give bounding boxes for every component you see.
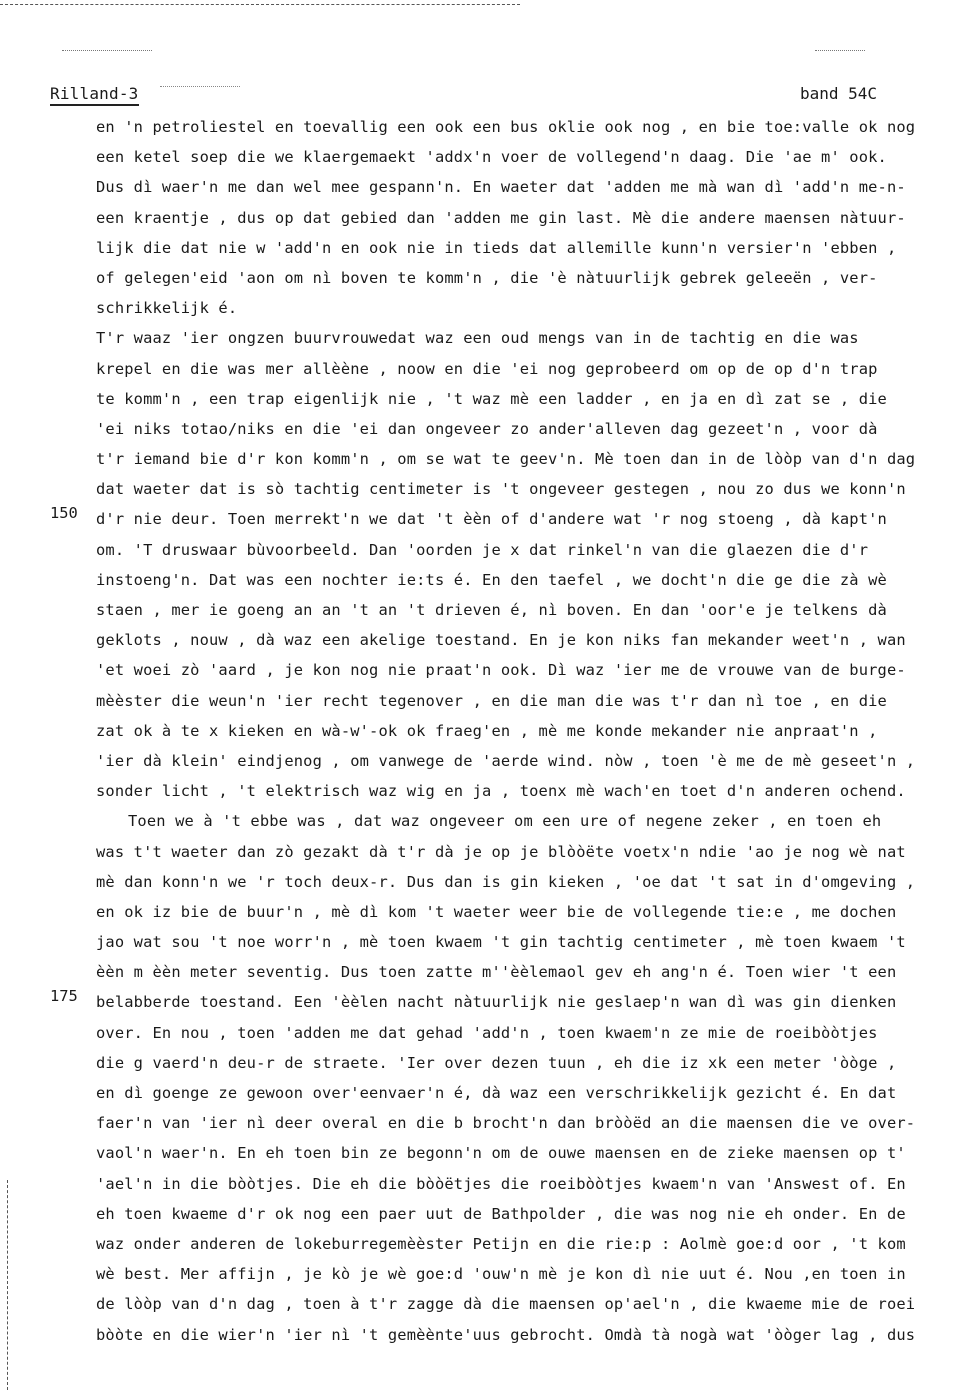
numbered-line-wrapper: 150 d'r nie deur. Toen merrekt'n we dat …: [96, 504, 966, 534]
transcript-line: zat ok à te x kieken en wà-w'-ok ok frae…: [96, 716, 966, 746]
transcript-line: 'ael'n in die bòòtjes. Die eh die bòòëtj…: [96, 1169, 966, 1199]
transcript-line: over. En nou , toen 'adden me dat gehad …: [96, 1018, 966, 1048]
band-label: band 54C: [800, 84, 877, 103]
transcript-line: t'r iemand bie d'r kon komm'n , om se wa…: [96, 444, 966, 474]
transcript-line: was t't waeter dan zò gezakt dà t'r dà j…: [96, 837, 966, 867]
transcript-line: een ketel soep die we klaergemaekt 'addx…: [96, 142, 966, 172]
line-number: 150: [50, 504, 78, 522]
line-number: 175: [50, 987, 78, 1005]
transcript-line: die g vaerd'n deu-r de straete. 'Ier ove…: [96, 1048, 966, 1078]
transcript-line: waz onder anderen de lokeburregemèèster …: [96, 1229, 966, 1259]
scan-artifact: [160, 86, 240, 87]
transcript-line: mèèster die weun'n 'ier recht tegenover …: [96, 686, 966, 716]
transcript-line: instoeng'n. Dat was een nochter ie:ts é.…: [96, 565, 966, 595]
transcript-line: 'ei niks totao/niks en die 'ei dan ongev…: [96, 414, 966, 444]
scan-edge-rule: [0, 4, 520, 5]
transcript-line: wè best. Mer affijn , je kò je wè goe:d …: [96, 1259, 966, 1289]
transcript-line: jao wat sou 't noe worr'n , mè toen kwae…: [96, 927, 966, 957]
transcript-line: en ok iz bie de buur'n , mè dì kom 't wa…: [96, 897, 966, 927]
transcript-line: d'r nie deur. Toen merrekt'n we dat 't è…: [96, 504, 966, 534]
transcript-line: een kraentje , dus op dat gebied dan 'ad…: [96, 203, 966, 233]
numbered-line-wrapper: 175 belabberde toestand. Een 'èèlen nach…: [96, 987, 966, 1017]
transcript-line: 'ier dà klein' eindjenog , om vanwege de…: [96, 746, 966, 776]
transcript-line: en dì goenge ze gewoon over'eenvaer'n é,…: [96, 1078, 966, 1108]
transcript-line: staen , mer ie goeng an an 't an 't drie…: [96, 595, 966, 625]
transcript-line: geklots , nouw , dà waz een akelige toes…: [96, 625, 966, 655]
transcript-body: en 'n petroliestel en toevallig een ook …: [96, 112, 966, 1350]
transcript-line: èèn m èèn meter seventig. Dus toen zatte…: [96, 957, 966, 987]
transcript-line: sonder licht , 't elektrisch waz wig en …: [96, 776, 966, 806]
transcript-line: 'et woei zò 'aard , je kon nog nie praat…: [96, 655, 966, 685]
transcript-line: de lòòp van d'n dag , toen à t'r zagge d…: [96, 1289, 966, 1319]
scan-artifact: [815, 50, 865, 51]
transcript-line: eh toen kwaeme d'r ok nog een paer uut d…: [96, 1199, 966, 1229]
transcript-line: krepel en die was mer allèène , noow en …: [96, 354, 966, 384]
margin-rule: [7, 1180, 8, 1390]
document-id: Rilland-3: [50, 84, 139, 106]
transcript-line: of gelegen'eid 'aon om nì boven te komm'…: [96, 263, 966, 293]
transcript-line: dat waeter dat is sò tachtig centimeter …: [96, 474, 966, 504]
transcript-line: lijk die dat nie w 'add'n en ook nie in …: [96, 233, 966, 263]
transcript-line: Dus dì waer'n me dan wel mee gespann'n. …: [96, 172, 966, 202]
transcript-line: om. 'T druswaar bùvoorbeeld. Dan 'oorden…: [96, 535, 966, 565]
transcript-line: Toen we à 't ebbe was , dat waz ongeveer…: [96, 806, 966, 836]
transcript-line: belabberde toestand. Een 'èèlen nacht nà…: [96, 987, 966, 1017]
scan-artifact: [62, 50, 152, 51]
transcript-line: schrikkelijk é.: [96, 293, 966, 323]
transcript-line: T'r waaz 'ier ongzen buurvrouwedat waz e…: [96, 323, 966, 353]
transcript-line: mè dan konn'n we 'r toch deux-r. Dus dan…: [96, 867, 966, 897]
transcript-line: vaol'n waer'n. En eh toen bin ze begonn'…: [96, 1138, 966, 1168]
transcript-line: bòòte en die wier'n 'ier nì 't gemèènte'…: [96, 1320, 966, 1350]
transcript-line: te komm'n , een trap eigenlijk nie , 't …: [96, 384, 966, 414]
transcript-line: en 'n petroliestel en toevallig een ook …: [96, 112, 966, 142]
transcript-line: faer'n van 'ier nì deer overal en die b …: [96, 1108, 966, 1138]
